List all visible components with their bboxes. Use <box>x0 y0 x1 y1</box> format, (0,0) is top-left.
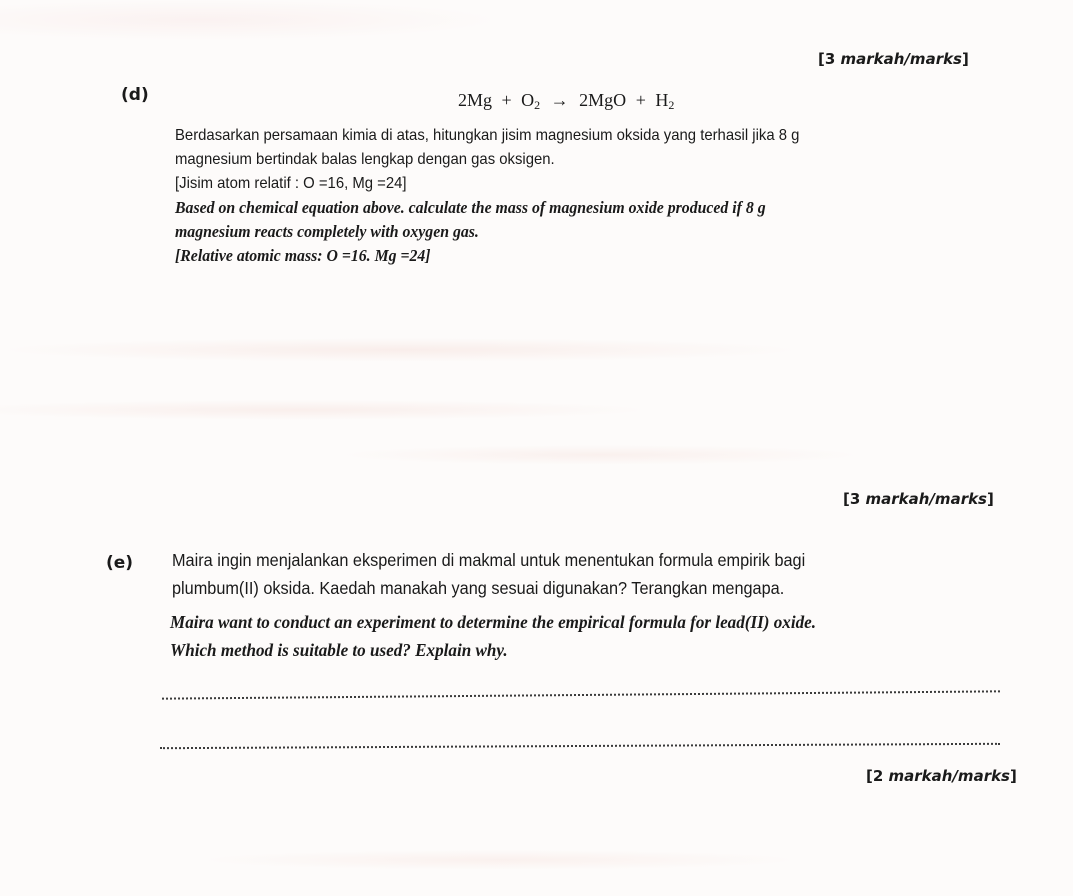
marks-count: 3 <box>825 50 835 68</box>
question-e-label: (e) <box>106 553 133 573</box>
question-e-malay-line-1: Maira ingin menjalankan eksperimen di ma… <box>172 550 805 571</box>
product-hydrogen: H <box>655 90 668 110</box>
subscript: 2 <box>668 98 674 112</box>
answer-line-2[interactable] <box>160 743 1000 749</box>
marks-previous-question: [3 markah/marks] <box>818 50 969 68</box>
reaction-arrow-icon: → <box>551 90 569 110</box>
bracket-close: ] <box>1010 767 1017 785</box>
marks-label: markah/marks <box>866 490 987 508</box>
chemical-equation: 2Mg + O2 → 2MgO + H2 <box>458 90 674 113</box>
marks-question-e: [2 markah/marks] <box>866 767 1017 785</box>
marks-question-d: [3 markah/marks] <box>843 490 994 508</box>
question-d-label: (d) <box>121 85 149 105</box>
marks-count: 2 <box>873 767 883 785</box>
marks-count: 3 <box>850 490 860 508</box>
question-e-malay-line-2: plumbum(II) oksida. Kaedah manakah yang … <box>172 578 784 599</box>
subscript: 2 <box>534 98 540 112</box>
bracket-close: ] <box>987 490 994 508</box>
marks-label: markah/marks <box>889 767 1010 785</box>
plus-sign: + <box>502 90 512 110</box>
bracket-open: [ <box>843 490 850 508</box>
question-e-english-line-2: Which method is suitable to used? Explai… <box>170 640 508 661</box>
bracket-close: ] <box>962 50 969 68</box>
question-d-english-line-3: [Relative atomic mass: O =16. Mg =24] <box>175 245 431 267</box>
question-d-english-line-1: Based on chemical equation above. calcul… <box>175 197 766 219</box>
question-e-english-line-1: Maira want to conduct an experiment to d… <box>170 612 816 633</box>
reactant-oxygen: O <box>521 90 534 110</box>
answer-line-1[interactable] <box>162 690 1000 699</box>
marks-label: markah/marks <box>841 50 962 68</box>
plus-sign: + <box>636 90 646 110</box>
question-d-malay-line-1: Berdasarkan persamaan kimia di atas, hit… <box>175 125 799 147</box>
bracket-open: [ <box>866 767 873 785</box>
question-d-malay-line-3: [Jisim atom relatif : O =16, Mg =24] <box>175 173 407 195</box>
bracket-open: [ <box>818 50 825 68</box>
product-magnesium-oxide: 2MgO <box>579 90 626 110</box>
question-d-english-line-2: magnesium reacts completely with oxygen … <box>175 221 479 243</box>
question-d-malay-line-2: magnesium bertindak balas lengkap dengan… <box>175 149 555 171</box>
reactant-magnesium: 2Mg <box>458 90 492 110</box>
